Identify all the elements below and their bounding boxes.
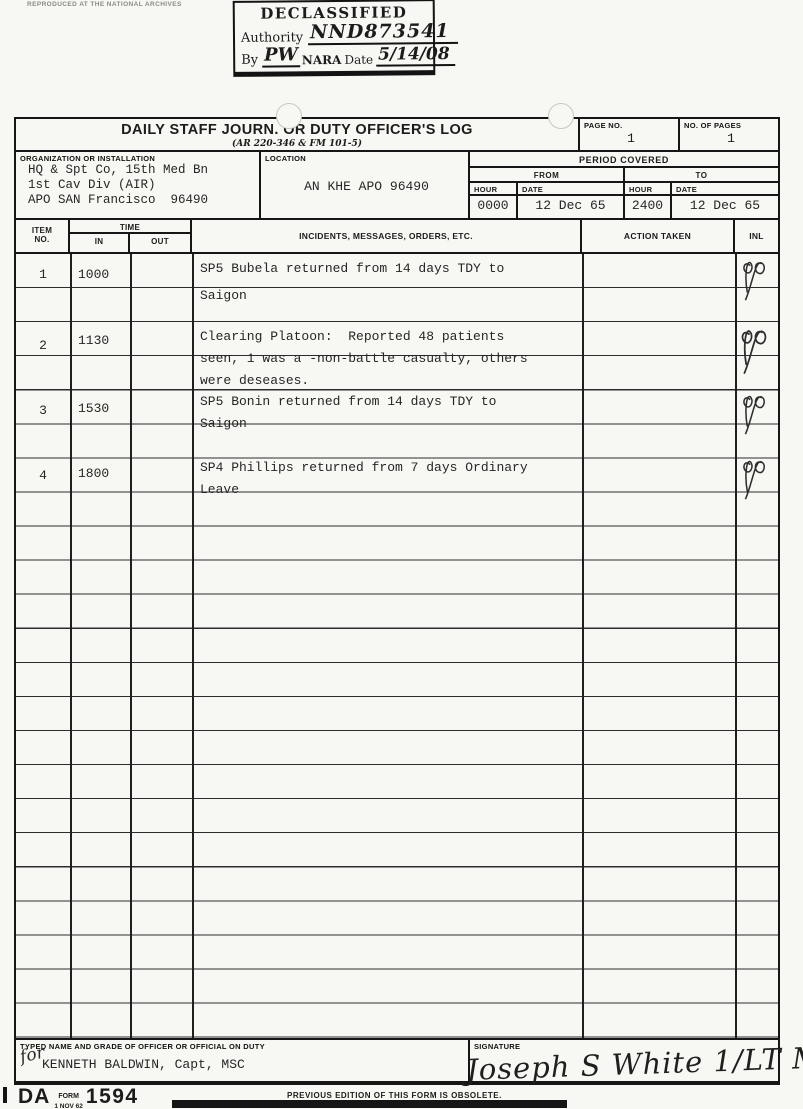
organization-line: 1st Cav Div (AIR)	[20, 178, 259, 193]
to-date-value: 12 Dec 65	[672, 196, 778, 218]
from-hour-label: HOUR	[470, 183, 518, 194]
journal-table-header: ITEMNO. TIME IN OUT INCIDENTS, MESSAGES,…	[16, 220, 778, 254]
column-divider	[582, 254, 584, 1038]
period-from-label: FROM	[470, 168, 625, 181]
organization-box: ORGANIZATION OR INSTALLATION HQ & Spt Co…	[16, 152, 261, 218]
to-date-label: DATE	[672, 183, 778, 194]
journal-table-body: 1 1000 SP5 Bubela returned from 14 days …	[16, 254, 778, 1038]
form-regulation-subtitle: (AR 220-346 & FM 101-5)	[16, 139, 578, 149]
from-date-value: 12 Dec 65	[518, 196, 625, 218]
page-no-label: PAGE NO.	[584, 121, 678, 130]
date-label: Date	[344, 53, 373, 67]
duty-officer-row: TYPED NAME AND GRADE OF OFFICER OR OFFIC…	[16, 1038, 778, 1083]
da-form-1594: DAILY STAFF JOURN. OR DUTY OFFICER'S LOG…	[14, 117, 780, 1085]
num-pages-label: NO. OF PAGES	[684, 121, 778, 130]
to-hour-value: 2400	[625, 196, 672, 218]
entry-text-line: Saigon	[200, 416, 576, 431]
location-value: AN KHE APO 96490	[265, 179, 468, 194]
to-hour-label: HOUR	[625, 183, 672, 194]
page-no-value: 1	[584, 131, 678, 146]
location-label: LOCATION	[265, 154, 468, 163]
from-hour-value: 0000	[470, 196, 518, 218]
entry-text-line: Leave	[200, 482, 576, 497]
organization-label: ORGANIZATION OR INSTALLATION	[20, 154, 259, 163]
entry-text-line: Saigon	[200, 288, 576, 303]
form-word: FORM	[58, 1093, 79, 1100]
nara-label: NARA	[302, 53, 342, 67]
entry-time-in: 1800	[76, 466, 130, 481]
declassified-stamp: DECLASSIFIED Authority NND873541 By PW N…	[233, 0, 436, 77]
organization-line: APO SAN Francisco 96490	[20, 193, 259, 208]
scan-edge-mark	[3, 1087, 7, 1103]
organization-line: HQ & Spt Co, 15th Med Bn	[20, 163, 259, 178]
column-divider	[70, 254, 72, 1038]
authority-handwritten-value: NND873541	[308, 22, 458, 45]
period-covered-label: PERIOD COVERED	[470, 152, 778, 168]
entry-time-in: 1130	[76, 333, 130, 348]
scan-artifact-bar	[172, 1100, 567, 1108]
signature-box: SIGNATURE Joseph S White 1/LT MSC	[470, 1040, 778, 1083]
col-action-header: ACTION TAKEN	[582, 220, 735, 252]
entry-time-in: 1530	[76, 401, 130, 416]
obsolete-note: PREVIOUS EDITION OF THIS FORM IS OBSOLET…	[287, 1091, 502, 1100]
typed-name-label: TYPED NAME AND GRADE OF OFFICER OR OFFIC…	[20, 1042, 468, 1051]
initials-mark-icon	[737, 326, 773, 378]
col-inl-header: INL	[735, 220, 778, 252]
form-edition-date: 1 NOV 62	[54, 1103, 83, 1109]
org-location-period-row: ORGANIZATION OR INSTALLATION HQ & Spt Co…	[16, 152, 778, 220]
initials-mark-icon	[737, 258, 773, 304]
entry-time-in: 1000	[76, 267, 130, 282]
form-title-row: DAILY STAFF JOURN. OR DUTY OFFICER'S LOG…	[16, 119, 778, 152]
initials-mark-icon	[737, 392, 773, 438]
form-number: 1594	[86, 1085, 139, 1109]
location-box: LOCATION AN KHE APO 96490	[261, 152, 470, 218]
column-divider	[130, 254, 132, 1038]
entry-item-no: 3	[16, 403, 70, 418]
archive-reproduction-note: REPRODUCED AT THE NATIONAL ARCHIVES	[27, 1, 182, 8]
form-number-block: DA FORM 1 NOV 62 1594	[18, 1085, 139, 1109]
date-handwritten-value: 5/14/08	[376, 46, 456, 67]
num-pages-value: 1	[684, 131, 778, 146]
entry-text-line: Clearing Platoon: Reported 48 patients	[200, 329, 576, 344]
typed-name-value: KENNETH BALDWIN, Capt, MSC	[42, 1057, 468, 1072]
from-date-label: DATE	[518, 183, 625, 194]
entry-text-line: SP5 Bubela returned from 14 days TDY to	[200, 261, 576, 276]
time-label: TIME	[70, 220, 190, 234]
column-divider	[192, 254, 194, 1038]
num-pages-box: NO. OF PAGES 1	[678, 119, 778, 150]
entry-text-line: were deseases.	[200, 373, 576, 388]
time-out-label: OUT	[130, 234, 190, 252]
entry-item-no: 4	[16, 468, 70, 483]
da-label: DA	[18, 1085, 50, 1109]
col-item-no-header: ITEMNO.	[16, 220, 70, 252]
hole-punch	[548, 103, 574, 129]
entry-item-no: 1	[16, 267, 70, 282]
entry-text-line: seen, 1 was a -non-battle casualty, othe…	[200, 351, 576, 366]
entry-text-line: SP4 Phillips returned from 7 days Ordina…	[200, 460, 576, 475]
time-in-label: IN	[70, 234, 130, 252]
page-no-box: PAGE NO. 1	[578, 119, 678, 150]
entry-text-line: SP5 Bonin returned from 14 days TDY to	[200, 394, 576, 409]
by-handwritten-initials: PW	[262, 46, 300, 67]
col-incidents-header: INCIDENTS, MESSAGES, ORDERS, ETC.	[192, 220, 582, 252]
typed-name-box: TYPED NAME AND GRADE OF OFFICER OR OFFIC…	[16, 1040, 470, 1083]
hole-punch	[276, 103, 302, 129]
entry-item-no: 2	[16, 338, 70, 353]
initials-mark-icon	[737, 457, 773, 503]
period-covered-box: PERIOD COVERED FROM TO HOUR DATE HOUR DA…	[470, 152, 778, 218]
by-label: By	[241, 53, 258, 68]
period-to-label: TO	[625, 168, 778, 181]
col-time-header: TIME IN OUT	[70, 220, 192, 252]
